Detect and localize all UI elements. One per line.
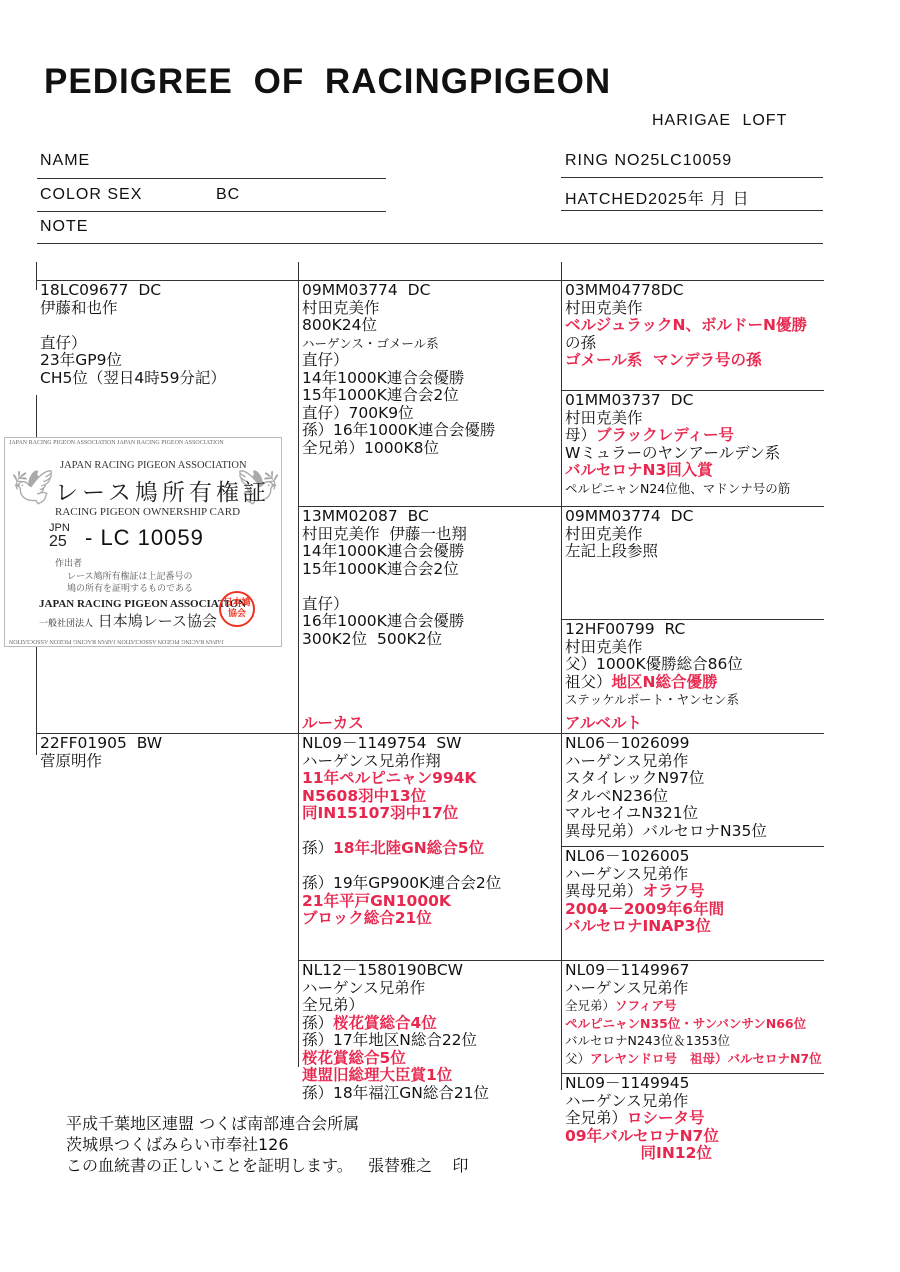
pedigree-line: NL06－1026005	[565, 848, 724, 866]
ring-value: 25LC10059	[640, 152, 732, 169]
sire-dam-name: ルーカス	[302, 715, 364, 733]
pedigree-line: 全兄弟）ソフィア号	[565, 997, 822, 1015]
card-title-jp: レース鳩所有権証	[55, 474, 270, 507]
pedigree-line: 09MM03774 DC	[565, 508, 693, 526]
pedigree-line: 村田克美作	[565, 639, 743, 657]
pedigree-line: タルベN236位	[565, 788, 767, 806]
note-label: NOTE	[40, 218, 88, 236]
sire-dam-cell: 13MM02087 BC村田克美作 伊藤一也翔14年1000K連合会優勝15年1…	[302, 508, 467, 648]
pedigree-line: 祖父）地区N総合優勝	[565, 674, 743, 692]
pedigree-line: バルセロナINAP3位	[565, 918, 724, 936]
pedigree-line: 18LC09677 DC	[40, 282, 226, 300]
dam-dam-cell: NL12－1580190BCWハーゲンス兄弟作全兄弟）孫）桜花賞総合4位孫）17…	[302, 962, 489, 1102]
pedigree-line: ゴメール系 マンデラ号の孫	[565, 352, 807, 370]
dam-sire-sire-cell: NL06－1026099ハーゲンス兄弟作スタイレックN97位タルベN236位マル…	[565, 735, 767, 840]
pedigree-line: 父）アレヤンドロ号 祖母）バルセロナN7位	[565, 1050, 822, 1068]
sire-sire-cell: 09MM03774 DC村田克美作800K24位ハーゲンス・ゴメール系直仔）14…	[302, 282, 495, 457]
pedigree-line: 2004－2009年6年間	[565, 901, 724, 919]
pedigree-line: 父）1000K優勝総合86位	[565, 656, 743, 674]
pedigree-line: NL12－1580190BCW	[302, 962, 489, 980]
pedigree-line: スタイレックN97位	[565, 770, 767, 788]
card-ring-number: - LC 10059	[85, 525, 204, 551]
pedigree-line: NL09－1149945	[565, 1075, 719, 1093]
pedigree-line: 桜花賞総合5位	[302, 1050, 489, 1068]
card-description: レース鳩所有権証は上記番号の 鳩の所有を証明するものである	[67, 571, 193, 595]
divider	[561, 210, 823, 211]
pedigree-line: 村田克美作	[565, 526, 693, 544]
pedigree-line: 300K2位 500K2位	[302, 631, 467, 649]
ownership-card: JAPAN RACING PIGEON ASSOCIATION JAPAN RA…	[4, 437, 282, 647]
pedigree-line: ペルピニャンN35位・サンバンサンN66位	[565, 1015, 822, 1033]
pedigree-line	[40, 317, 226, 335]
document-title: PEDIGREE OF RACINGPIGEON	[44, 62, 611, 102]
pedigree-line: 03MM04778DC	[565, 282, 807, 300]
pedigree-line: 村田克美作	[565, 410, 790, 428]
sire-sire-sire-cell: 03MM04778DC村田克美作ベルジュラックN、ボルドーN優勝の孫ゴメール系 …	[565, 282, 807, 370]
pedigree-line: 01MM03737 DC	[565, 392, 790, 410]
pedigree-line: 直仔）	[302, 596, 467, 614]
pedigree-line: 16年1000K連合会優勝	[302, 613, 467, 631]
card-country-year: JPN 25	[49, 523, 70, 549]
card-border-text: JAPAN RACING PIGEON ASSOCIATION JAPAN RA…	[9, 638, 224, 644]
hatched-label: HATCHED	[565, 191, 648, 208]
pedigree-line: バルセロナN3回入賞	[565, 462, 790, 480]
color-sex-value: BC	[216, 186, 240, 204]
ring-label: RING NO	[565, 152, 640, 169]
pedigree-line: バルセロナN243位＆1353位	[565, 1032, 822, 1050]
pedigree-line: の孫	[565, 335, 807, 353]
grid-line	[36, 395, 37, 443]
pedigree-line: NL09－1149967	[565, 962, 822, 980]
pedigree-line: 全兄弟）ロシータ号	[565, 1110, 719, 1128]
sire-dam-dam-name: アルベルト	[565, 715, 642, 733]
card-maker-label: 作出者	[55, 556, 82, 569]
pedigree-line: 13MM02087 BC	[302, 508, 467, 526]
ring-number-field: RING NO25LC10059	[565, 152, 732, 170]
pedigree-line: NL06－1026099	[565, 735, 767, 753]
pedigree-line: 村田克美作	[565, 300, 807, 318]
grid-line	[561, 262, 562, 1090]
pedigree-line: 孫）18年北陸GN総合5位	[302, 840, 501, 858]
sire-cell: 18LC09677 DC伊藤和也作直仔）23年GP9位CH5位（翌日4時59分記…	[40, 282, 226, 387]
pedigree-line: 11年ペルピニャン994K	[302, 770, 501, 788]
pedigree-line: 孫）19年GP900K連合会2位	[302, 875, 501, 893]
pedigree-line: N5608羽中13位	[302, 788, 501, 806]
pedigree-line: 14年1000K連合会優勝	[302, 543, 467, 561]
pedigree-line: 同IN12位	[565, 1145, 719, 1163]
pedigree-line: ハーゲンス兄弟作	[565, 753, 767, 771]
pedigree-line: 全兄弟）	[302, 997, 489, 1015]
pedigree-line: 孫）16年1000K連合会優勝	[302, 422, 495, 440]
pedigree-line: 09MM03774 DC	[302, 282, 495, 300]
pedigree-line: ハーゲンス兄弟作	[302, 980, 489, 998]
pedigree-line: 09年バルセロナN7位	[565, 1128, 719, 1146]
pigeon-icon: 🕊	[11, 468, 54, 508]
pedigree-line: 800K24位	[302, 317, 495, 335]
pedigree-line: 母）ブラックレディー号	[565, 427, 790, 445]
card-association-footer: JAPAN RACING PIGEON ASSOCIATION	[39, 598, 246, 610]
pedigree-line: 同IN15107羽中17位	[302, 805, 501, 823]
name-label: NAME	[40, 152, 90, 170]
grid-line	[36, 262, 37, 290]
pedigree-line: マルセイユN321位	[565, 805, 767, 823]
sire-dam-sire-cell: 09MM03774 DC村田克美作左記上段参照	[565, 508, 693, 561]
divider	[561, 177, 823, 178]
grid-line	[36, 735, 37, 755]
pedigree-line: ハーゲンス兄弟作	[565, 980, 822, 998]
pedigree-line: ハーゲンス兄弟作	[565, 866, 724, 884]
pedigree-line: 孫）桜花賞総合4位	[302, 1015, 489, 1033]
card-association: JAPAN RACING PIGEON ASSOCIATION	[60, 460, 247, 471]
pedigree-line: 全兄弟）1000K8位	[302, 440, 495, 458]
pedigree-line: 直仔）700K9位	[302, 405, 495, 423]
pedigree-line: Wミュラーのヤンアールデン系	[565, 445, 790, 463]
pedigree-line: 異母兄弟）オラフ号	[565, 883, 724, 901]
pedigree-line: 村田克美作 伊藤一也翔	[302, 526, 467, 544]
pedigree-line: 22FF01905 BW	[40, 735, 162, 753]
footer-federation: 平成千葉地区連盟 つくば南部連合会所属	[66, 1113, 468, 1134]
hatched-field: HATCHED2025年 月 日	[565, 186, 750, 209]
divider	[37, 243, 823, 244]
pedigree-line: 村田克美作	[302, 300, 495, 318]
pedigree-line: 菅原明作	[40, 753, 162, 771]
association-seal-icon: 日本鳩協会	[219, 591, 255, 627]
pedigree-line: 15年1000K連合会2位	[302, 561, 467, 579]
certification-footer: 平成千葉地区連盟 つくば南部連合会所属 茨城県つくばみらい市奉社126 この血統…	[66, 1113, 468, 1176]
dam-dam-dam-cell: NL09－1149945ハーゲンス兄弟作全兄弟）ロシータ号09年バルセロナN7位…	[565, 1075, 719, 1163]
dam-cell: 22FF01905 BW菅原明作	[40, 735, 162, 770]
hatched-value: 2025年 月 日	[648, 191, 750, 208]
pedigree-line: 孫）18年福江GN総合21位	[302, 1085, 489, 1103]
card-organization: 一般社団法人 日本鳩レース協会	[39, 610, 217, 631]
footer-address: 茨城県つくばみらい市奉社126	[66, 1134, 468, 1155]
pedigree-line: 21年平戸GN1000K	[302, 893, 501, 911]
color-sex-label: COLOR SEX	[40, 186, 142, 204]
sire-dam-dam-cell: 12HF00799 RC村田克美作父）1000K優勝総合86位祖父）地区N総合優…	[565, 621, 743, 709]
pedigree-line: ステッケルボート・ヤンセン系	[565, 691, 743, 709]
pedigree-line: 連盟旧総理大臣賞1位	[302, 1067, 489, 1085]
pedigree-line: 左記上段参照	[565, 543, 693, 561]
pedigree-line	[302, 823, 501, 841]
pedigree-line: 孫）17年地区N総合22位	[302, 1032, 489, 1050]
loft-name: HARIGAE LOFT	[652, 112, 787, 130]
footer-certification: この血統書の正しいことを証明します。 張替雅之 印	[66, 1155, 468, 1176]
pedigree-line: ブロック総合21位	[302, 910, 501, 928]
card-border-text: JAPAN RACING PIGEON ASSOCIATION JAPAN RA…	[9, 440, 224, 446]
grid-line	[298, 262, 299, 1067]
dam-dam-sire-cell: NL09－1149967ハーゲンス兄弟作全兄弟）ソフィア号ペルピニャンN35位・…	[565, 962, 822, 1067]
pedigree-line	[302, 578, 467, 596]
card-title-en: RACING PIGEON OWNERSHIP CARD	[55, 506, 240, 518]
pedigree-line: CH5位（翌日4時59分記）	[40, 370, 226, 388]
pedigree-line	[302, 858, 501, 876]
pedigree-line: NL09－1149754 SW	[302, 735, 501, 753]
pedigree-line: ハーゲンス・ゴメール系	[302, 335, 495, 353]
pedigree-line: 伊藤和也作	[40, 300, 226, 318]
sire-sire-dam-cell: 01MM03737 DC村田克美作母）ブラックレディー号Wミュラーのヤンアールデ…	[565, 392, 790, 497]
dam-sire-cell: NL09－1149754 SWハーゲンス兄弟作翔11年ペルピニャン994KN56…	[302, 735, 501, 928]
pedigree-line: ペルピニャンN24位他、マドンナ号の筋	[565, 480, 790, 498]
pedigree-line: 直仔）	[302, 352, 495, 370]
pedigree-line: 23年GP9位	[40, 352, 226, 370]
pedigree-line: ベルジュラックN、ボルドーN優勝	[565, 317, 807, 335]
pedigree-line: 15年1000K連合会2位	[302, 387, 495, 405]
pedigree-line: ハーゲンス兄弟作翔	[302, 753, 501, 771]
dam-sire-dam-cell: NL06－1026005ハーゲンス兄弟作異母兄弟）オラフ号2004－2009年6…	[565, 848, 724, 936]
pedigree-line: 14年1000K連合会優勝	[302, 370, 495, 388]
pedigree-line: 直仔）	[40, 335, 226, 353]
divider	[37, 178, 386, 179]
pedigree-line: 12HF00799 RC	[565, 621, 743, 639]
pedigree-line: 異母兄弟）バルセロナN35位	[565, 823, 767, 841]
divider	[37, 211, 386, 212]
pedigree-line: ハーゲンス兄弟作	[565, 1093, 719, 1111]
